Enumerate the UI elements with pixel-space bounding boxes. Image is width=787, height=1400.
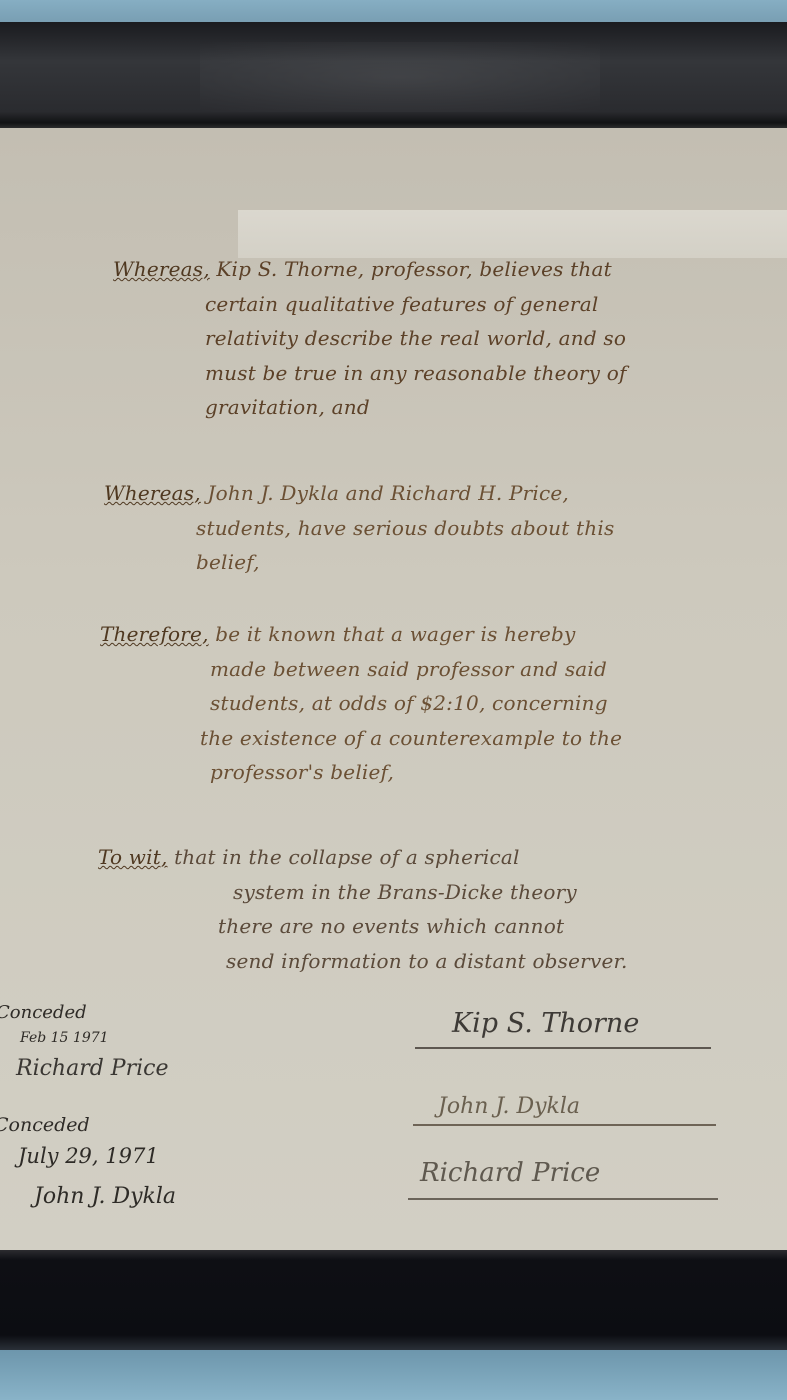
signature-line [413,1124,716,1126]
glass-glare [238,210,787,258]
paragraph-line: system in the Brans-Dicke theory [98,875,628,910]
paragraph-line: that in the collapse of a spherical [174,845,520,869]
paragraph-line: Kip S. Thorne, professor, believes that [216,257,611,281]
paragraph-line: certain qualitative features of general [113,287,627,322]
paragraph-lead: Whereas, [113,257,210,281]
signature-line [415,1047,711,1049]
paragraph-line: students, have serious doubts about this [104,511,614,546]
paragraph-line: relativity describe the real world, and … [113,321,627,356]
paragraph-line: gravitation, and [113,390,627,425]
signature-kip-thorne: Kip S. Thorne [452,1008,639,1039]
paragraph-line: there are no events which cannot [98,909,628,944]
concession-signature-price: Richard Price [16,1056,169,1081]
paragraph-line: students, at odds of $2:10, concerning [100,686,622,721]
paragraph-lead: Therefore, [100,622,209,646]
paragraph-line: send information to a distant observer. [98,944,628,979]
paragraph-to-wit: To wit, that in the collapse of a spheri… [98,840,628,978]
concession-label: Conceded [0,1114,90,1136]
picture-frame-bottom [0,1250,787,1350]
paragraph-line: belief, [104,545,614,580]
paragraph-lead: Whereas, [104,481,201,505]
concession-label: Conceded [0,1002,87,1023]
concession-date: July 29, 1971 [18,1144,159,1168]
paragraph-lead: To wit, [98,845,168,869]
paragraph-line: must be true in any reasonable theory of [113,356,627,391]
paragraph-line: the existence of a counterexample to the [100,721,622,756]
concession-signature-dykla: John J. Dykla [34,1184,176,1209]
signature-john-dykla: John J. Dykla [438,1094,580,1119]
frame-sheen [200,42,600,112]
concession-date: Feb 15 1971 [20,1030,109,1046]
paragraph-line: professor's belief, [100,755,622,790]
wall-background-bottom [0,1350,787,1400]
paragraph-line: be it known that a wager is hereby [215,622,575,646]
picture-frame-top [0,22,787,134]
signature-richard-price: Richard Price [420,1158,600,1188]
paragraph-line: made between said professor and said [100,652,622,687]
signature-line [408,1198,718,1200]
paragraph-line: John J. Dykla and Richard H. Price, [207,481,569,505]
paragraph-whereas-professor: Whereas, Kip S. Thorne, professor, belie… [113,252,627,425]
paragraph-therefore: Therefore, be it known that a wager is h… [100,617,622,790]
paragraph-whereas-students: Whereas, John J. Dykla and Richard H. Pr… [104,476,614,580]
